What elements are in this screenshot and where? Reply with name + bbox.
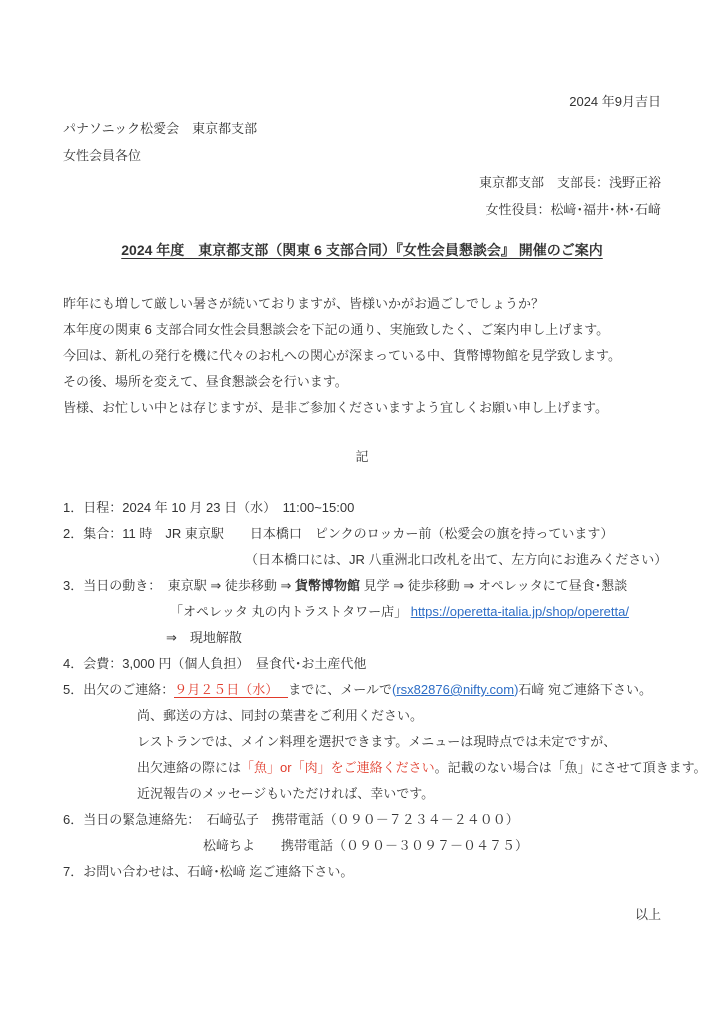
restaurant-url-link[interactable]: https://operetta-italia.jp/shop/operetta… <box>411 604 629 619</box>
emergency-contact-2: 松﨑ちよ 携帯電話（０９０－３０９７－０４７５） <box>203 833 661 859</box>
email-link[interactable]: rsx82876@nifty.com <box>396 682 514 697</box>
ki-marker: 記 <box>63 443 661 470</box>
restaurant-name: 「オペレッタ 丸の内トラストタワー店」 <box>170 604 411 619</box>
currency-museum-emphasis: 貨幣博物館 <box>295 578 360 593</box>
branch-head-line: 東京都支部 支部長：浅野正裕 <box>63 169 661 196</box>
fish-or-meat-highlight: 「魚」or「肉」をご連絡ください <box>241 760 435 775</box>
note-3-prefix: 出欠連絡の際には <box>137 760 241 775</box>
schedule-item-2: 2．集合：11 時 JR 東京駅 日本橋口 ピンクのロッカー前（松愛会の旗を持っ… <box>63 521 661 547</box>
document-title: 2024 年度 東京都支部（関東 6 支部合同）『女性会員懇談会』 開催のご案内 <box>121 242 603 258</box>
intro-line-2: 本年度の関東 6 支部合同女性会員懇談会を下記の通り、実施致したく、ご案内申し上… <box>63 317 661 343</box>
closing-marker: 以上 <box>63 902 661 928</box>
schedule-item-3: 3．当日の動き： 東京駅 ⇒ 徒歩移動 ⇒ 貨幣博物館 見学 ⇒ 徒歩移動 ⇒ … <box>63 573 661 599</box>
item-5-suffix: 石﨑 宛ご連絡下さい。 <box>518 682 652 697</box>
item-3-suffix: 見学 ⇒ 徒歩移動 ⇒ オペレッタにて昼食･懇談 <box>360 578 627 593</box>
item-5-note-1: 尚、郵送の方は、同封の葉書をご利用ください。 <box>137 703 661 729</box>
intro-line-4: その後、場所を変えて、昼食懇談会を行います。 <box>63 369 661 395</box>
item-5-note-2: レストランでは、メイン料理を選択できます。メニューは現時点では未定ですが、 <box>137 729 661 755</box>
schedule-item-5: 5．出欠のご連絡：９月２５日（水）までに、メールで(rsx82876@nifty… <box>63 677 661 703</box>
emergency-contact-1: 6．当日の緊急連絡先： 石﨑弘子 携帯電話（０９０－７２３４－２４００） <box>63 807 661 833</box>
dismiss-line: ⇒ 現地解散 <box>166 625 661 651</box>
intro-line-1: 昨年にも増して厳しい暑さが続いておりますが、皆様いかがお過ごしでしょうか？ <box>63 291 661 317</box>
item-5-mid: までに、メールで <box>288 682 392 697</box>
item-5-note-4: 近況報告のメッセージもいただければ、幸いです。 <box>137 781 661 807</box>
document-page: 2024 年9月吉日 パナソニック松愛会 東京都支部 女性会員各位 東京都支部 … <box>0 0 724 1024</box>
schedule-item-2-note: （日本橋口には、JR 八重洲北口改札を出て、左方向にお進みください） <box>245 547 661 573</box>
item-5-note-3: 出欠連絡の際には「魚」or「肉」をご連絡ください。記載のない場合は「魚」にさせて… <box>137 755 661 781</box>
title-row: 2024 年度 東京都支部（関東 6 支部合同）『女性会員懇談会』 開催のご案内 <box>63 237 661 264</box>
item-3-prefix: 3．当日の動き： 東京駅 ⇒ 徒歩移動 ⇒ <box>63 578 295 593</box>
note-3-suffix: 。記載のない場合は「魚」にさせて頂きます。 <box>435 760 707 775</box>
restaurant-line: 「オペレッタ 丸の内トラストタワー店」 https://operetta-ita… <box>170 599 661 625</box>
schedule-item-1: 1．日程：2024 年 10 月 23 日（水） 11:00~15:00 <box>63 495 661 521</box>
intro-paragraph: 昨年にも増して厳しい暑さが続いておりますが、皆様いかがお過ごしでしょうか？ 本年… <box>63 291 661 421</box>
item-5-prefix: 5．出欠のご連絡： <box>63 682 174 697</box>
org-line: パナソニック松愛会 東京都支部 <box>63 115 661 142</box>
schedule-item-7: 7．お問い合わせは、石﨑･松﨑 迄ご連絡下さい。 <box>63 859 661 885</box>
intro-line-5: 皆様、お忙しい中とは存じますが、是非ご参加くださいますよう宜しくお願い申し上げま… <box>63 395 661 421</box>
reply-deadline-highlight: ９月２５日（水） <box>174 682 288 698</box>
schedule-list: 1．日程：2024 年 10 月 23 日（水） 11:00~15:00 2．集… <box>63 495 661 885</box>
intro-line-3: 今回は、新札の発行を機に代々のお札への関心が深まっている中、貨幣博物館を見学致し… <box>63 343 661 369</box>
schedule-item-4: 4．会費：3,000 円（個人負担） 昼食代･お土産代他 <box>63 651 661 677</box>
officers-line: 女性役員：松﨑･福井･林･石﨑 <box>63 196 661 223</box>
date-line: 2024 年9月吉日 <box>63 88 661 115</box>
addressee-line: 女性会員各位 <box>63 142 661 169</box>
letter-header: 2024 年9月吉日 パナソニック松愛会 東京都支部 女性会員各位 東京都支部 … <box>63 88 661 223</box>
